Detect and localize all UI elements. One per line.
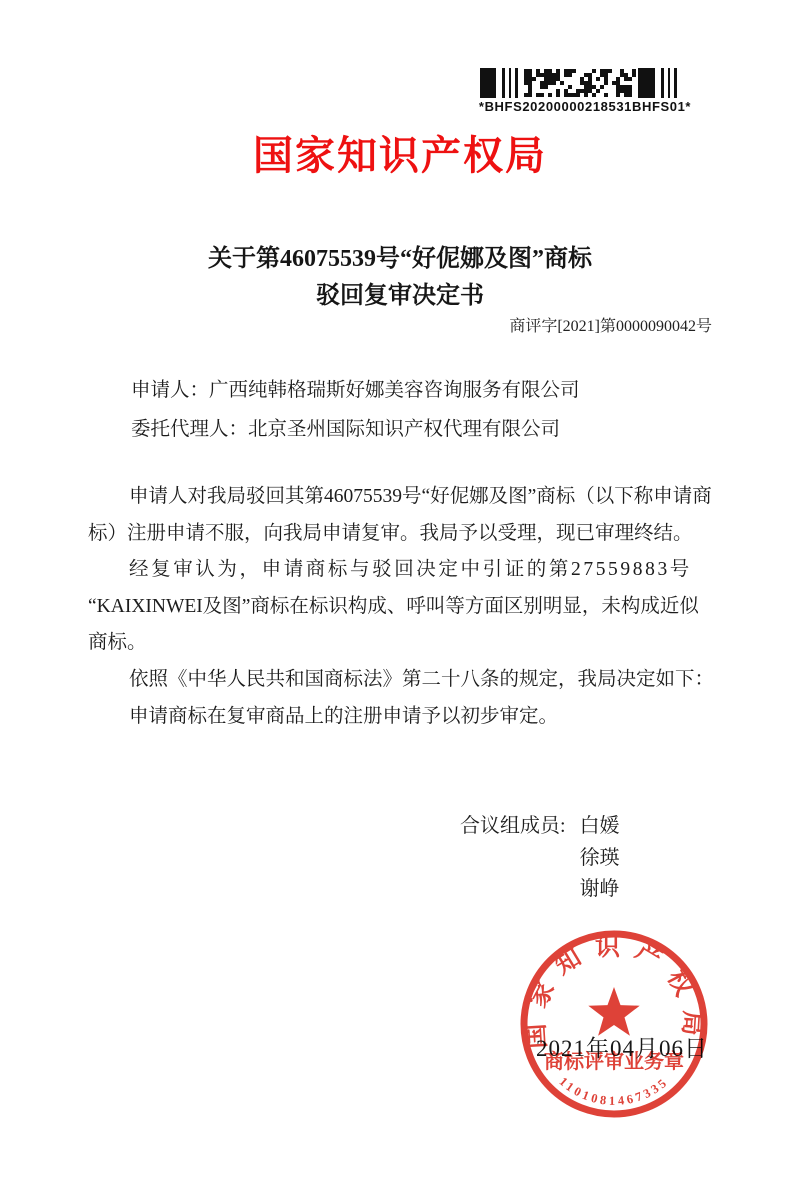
panel-label: 合议组成员:	[460, 811, 566, 906]
agency-title: 国家知识产权局	[0, 133, 800, 179]
panel-members: 合议组成员: 白媛 徐瑛 谢峥	[460, 811, 620, 906]
body-line: 申请人对我局驳回其第46075539号“好伲娜及图”商标（以下称申请商	[88, 479, 718, 516]
barcode-text: *BHFS20200000218531BHFS01*	[478, 99, 692, 114]
document-page: *BHFS20200000218531BHFS01* 国家知识产权局 关于第46…	[0, 0, 800, 1189]
barcode-noise-region	[524, 69, 636, 97]
body-line: 标）注册申请不服，向我局申请复审。我局予以受理，现已审理终结。	[88, 516, 718, 553]
decision-body: 申请人对我局驳回其第46075539号“好伲娜及图”商标（以下称申请商 标）注册…	[88, 479, 718, 735]
document-title-line1: 关于第46075539号“好伲娜及图”商标	[0, 241, 800, 278]
parties-block: 申请人：广西纯韩格瑞斯好娜美容咨询服务有限公司 委托代理人：北京圣州国际知识产权…	[131, 371, 580, 449]
body-line: 申请商标在复审商品上的注册申请予以初步审定。	[88, 699, 718, 736]
applicant-line: 申请人：广西纯韩格瑞斯好娜美容咨询服务有限公司	[131, 371, 580, 410]
panel-member-name: 谢峥	[580, 874, 620, 906]
body-line: 经复审认为，申请商标与驳回决定中引证的第27559883号	[88, 552, 718, 589]
seal-banner-text: 商标评审业务章	[544, 1049, 684, 1073]
body-line: 依照《中华人民共和国商标法》第二十八条的规定，我局决定如下：	[88, 662, 718, 699]
body-line: 商标。	[88, 625, 718, 662]
barcode-icon	[478, 68, 692, 98]
case-number: 商评字[2021]第0000090042号	[509, 313, 712, 336]
panel-member-name: 徐瑛	[580, 843, 620, 875]
agent-line: 委托代理人：北京圣州国际知识产权代理有限公司	[131, 410, 580, 449]
body-line: “KAIXINWEI及图”商标在标识构成、呼叫等方面区别明显，未构成近似	[88, 589, 718, 626]
document-title-line2: 驳回复审决定书	[0, 278, 800, 315]
panel-member-name: 白媛	[580, 811, 620, 843]
barcode-block: *BHFS20200000218531BHFS01*	[478, 68, 692, 114]
panel-names: 白媛 徐瑛 谢峥	[580, 811, 620, 906]
document-title: 关于第46075539号“好伲娜及图”商标 驳回复审决定书	[0, 241, 800, 315]
official-seal: 国家知识产权局 商标评审业务章 1101081467335	[516, 926, 714, 1124]
star-icon	[588, 987, 639, 1036]
